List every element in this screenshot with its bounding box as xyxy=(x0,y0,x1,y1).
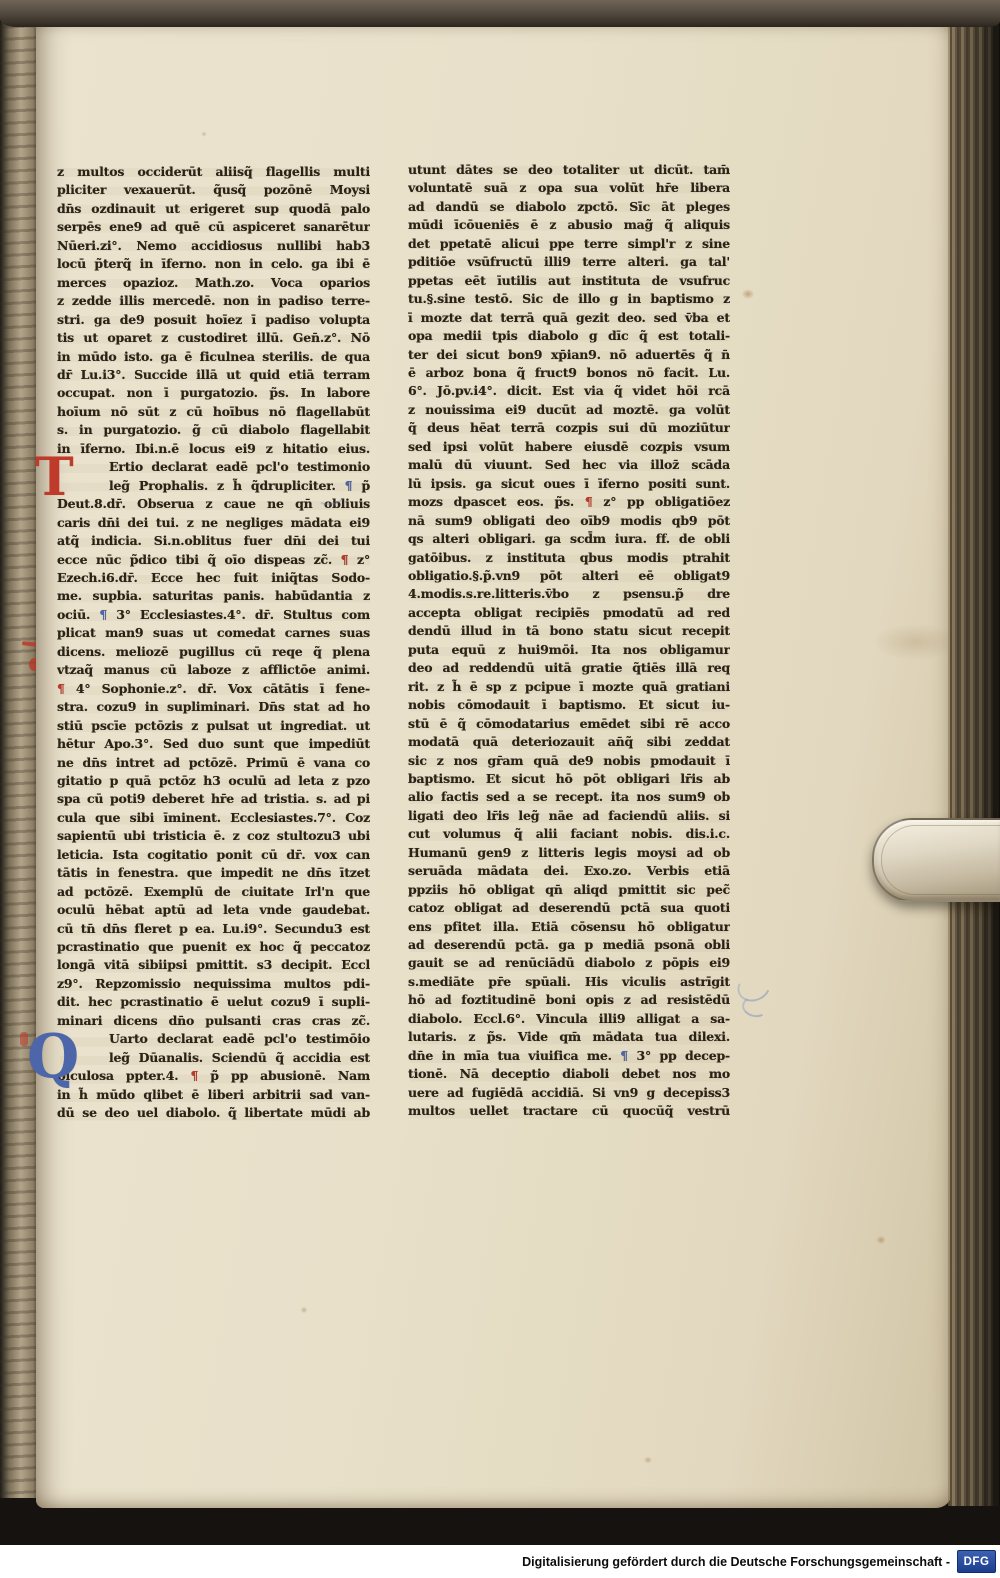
decorated-initial: T xyxy=(35,452,74,504)
text-line: plicat man9 suas ut comedat carnes suas xyxy=(57,624,370,642)
decorated-initial: Q xyxy=(27,1027,79,1087)
text-line: diabolo. Eccl.6°. Vincula illi9 alligat … xyxy=(408,1010,730,1028)
text-line: sapientū ubi tristicia ē. z coz stultozu… xyxy=(57,827,370,845)
text-line: nobis cōmodauit ī baptismo. Et sicut iu- xyxy=(408,696,730,714)
text-line: det ppetatē alicui ppe terre simpl'r z s… xyxy=(408,235,730,253)
text-line: sic z nos gr̄am quā de9 nobis pmodauit ī xyxy=(408,752,730,770)
text-line: ppetas eēt īutilis aut instituta de vsuf… xyxy=(408,272,730,290)
book-fore-edge xyxy=(948,24,1000,1506)
text-line: occupat. non ī purgatozio. p̃s. In labor… xyxy=(57,384,370,402)
text-line: gatōibus. z instituta qbus modis ptrahit xyxy=(408,549,730,567)
text-line: Humanū gen9 z litteris legis moysi ad ob xyxy=(408,844,730,862)
pilcrow-mark: ¶ xyxy=(345,478,353,493)
text-line: multos uellet tractare cū quocūq̃ vestrū xyxy=(408,1102,730,1120)
text-line: s. in purgatozio. g̃ cū diabolo flagella… xyxy=(57,421,370,439)
text-line: dr̄ Lu.i3°. Succide illā ut quid etiā te… xyxy=(57,366,370,384)
text-line: ne dn̄s intret ad pctōzē. Primū ē vana c… xyxy=(57,754,370,772)
text-line: Ezech.i6.dr̄. Ecce hec fuit iniq̃tas Sod… xyxy=(57,569,370,587)
text-line: serpēs ene9 ad quē cū aspiceret sanarētu… xyxy=(57,218,370,236)
text-line: rit. z h̃ ē sp z pcipue ī mozte quā grat… xyxy=(408,678,730,696)
text-line: longā vitā sibiipsi pmittit. s3 decipit.… xyxy=(57,956,370,974)
text-line: pcrastinatio que puenit ex hoc q̃ peccat… xyxy=(57,938,370,956)
text-line: ad dandū se diabolo zpctō. Sīc āt pleges xyxy=(408,198,730,216)
text-line: dū se deo uel diabolo. q̃ libertate mūdi… xyxy=(57,1104,370,1122)
text-line: pliciter vexauerūt. q̃usq̃ pozōnē Moysi xyxy=(57,181,370,199)
text-line: uere ad fugiēdā accidiā. Si vn9 g decepi… xyxy=(408,1084,730,1102)
text-line: stiū pscīe pctōzis z pulsat ut ingrediat… xyxy=(57,717,370,735)
pilcrow-mark: ¶ xyxy=(57,681,65,696)
text-line: z zedde illis mercedē. non in padiso ter… xyxy=(57,292,370,310)
text-line: opa medii tpis diabolo g dīc q̃ est tota… xyxy=(408,327,730,345)
text-line: leticia. Ista cogitatio ponit cū dr̄. vo… xyxy=(57,846,370,864)
text-line: ligati deo lr̄is leg̃ nāe ad faciendū al… xyxy=(408,807,730,825)
text-line: lutaris. z p̃s. Vide qm̄ mādata tua dile… xyxy=(408,1028,730,1046)
text-line: ē arboz bona q̃ fruct9 bonos nō facit. L… xyxy=(408,364,730,382)
text-line: ociū. ¶ 3° Ecclesiastes.4°. dr̄. Stultus… xyxy=(57,606,370,624)
text-line: ¶ 4° Sophonie.z°. dr̄. Vox cātātis ī fen… xyxy=(57,680,370,698)
text-line: dit. hec pcrastinatio ē uelut cozu9 ī su… xyxy=(57,993,370,1011)
text-line: cut volumus q̃ alii faciant nobis. dis.i… xyxy=(408,825,730,843)
text-line: s.mediāte pr̄e spūali. His viculis astrī… xyxy=(408,973,730,991)
pilcrow-mark: ¶ xyxy=(620,1048,628,1063)
text-line: gauit se ad renūciādū diabolo z pōpis ei… xyxy=(408,954,730,972)
text-line: ad pctōzē. Exemplū de ciuitate Irl'n que xyxy=(57,883,370,901)
text-line: hoīum nō sūt z cū hoībus nō flagellabūt xyxy=(57,403,370,421)
text-line: dicens. meliozē pugillus cū reqe q̃ plen… xyxy=(57,643,370,661)
pilcrow-mark: ¶ xyxy=(341,552,349,567)
dfg-logo: DFG xyxy=(957,1550,996,1573)
text-line: caris dn̄i dei tui. z ne negliges mādata… xyxy=(57,514,370,532)
text-line: cū tn̄ dn̄s fleret p ea. Lu.i9°. Secundu… xyxy=(57,920,370,938)
text-line: tātis in fenestra. que impedit ne dn̄s ī… xyxy=(57,864,370,882)
text-line: ad deserendū pctā. ga p mediā psonā obli xyxy=(408,936,730,954)
text-line: stri. ga de9 posuit hoīez ī padiso volup… xyxy=(57,311,370,329)
text-line: ter dei sicut bon9 xp̄ian9. nō aduertēs … xyxy=(408,346,730,364)
digitization-credit-text: Digitalisierung gefördert durch die Deut… xyxy=(522,1555,950,1569)
text-line: 4.modis.s.re.litteris.v̄bo z psensu.p̃ d… xyxy=(408,585,730,603)
text-line: tis ut oparet z custodiret illū. Gen̄.z°… xyxy=(57,329,370,347)
text-line: tionē. Nā deceptio diaboli debet nos mo xyxy=(408,1065,730,1083)
book-board-top-edge xyxy=(0,0,1000,27)
text-line: in īferno. Ibi.n.ē locus ei9 z hitatio e… xyxy=(57,440,370,458)
text-line: Ertio declarat eadē pcl'o testimonio xyxy=(57,458,370,476)
text-line: baptismo. Et sicut hō pōt obligari lr̄is… xyxy=(408,770,730,788)
text-line: voluntatē suā z opa sua volūt hr̄e liber… xyxy=(408,179,730,197)
text-line: ppziis hō obligat qn̄ aliqd pmittit sic … xyxy=(408,881,730,899)
text-line: spa cū poti9 deberet hr̄e ad tristia. s.… xyxy=(57,790,370,808)
text-line: locū p̃terq̃ in īferno. non in celo. ga … xyxy=(57,255,370,273)
text-line: accepta obligat recipiēs pmodatū ad red xyxy=(408,604,730,622)
scanned-book-page-viewer: z multos occiderūt aliisq̃ flagellis mul… xyxy=(0,0,1000,1578)
text-line: piculosa ppter.4. ¶ p̃ pp abusionē. Nam xyxy=(57,1067,370,1085)
text-line: catoz obligat ad deserendū pctā sua quot… xyxy=(408,899,730,917)
text-line: z9°. Repzomissio nequissima multos pdi- xyxy=(57,975,370,993)
text-line: malū dū viuunt. Sed hec via illoz̄ scāda xyxy=(408,456,730,474)
text-line: hō ad foztitudinē boni opis z ad resistē… xyxy=(408,991,730,1009)
text-line: puta equū z hui9mōi. Ita nos obligamur xyxy=(408,641,730,659)
text-line: z multos occiderūt aliisq̃ flagellis mul… xyxy=(57,163,370,181)
text-line: lū ipsis. ga sicut oues ī īferno positi … xyxy=(408,475,730,493)
text-line: stū ē q̃ cōmodatarius emēdet sibi rē acc… xyxy=(408,715,730,733)
text-line: dn̄s ozdinauit ut erigeret sup quodā pal… xyxy=(57,200,370,218)
text-line: 6°. Jō.pv.i4°. dicit. Est via q̃ videt h… xyxy=(408,382,730,400)
text-line: nā sum9 obligati deo oīb9 modis qb9 pōt xyxy=(408,512,730,530)
text-line: sed ipsi volūt habere eiusdē cozpis vsum xyxy=(408,438,730,456)
metal-clasp xyxy=(872,818,1000,902)
text-line: obligatio.§.p̃.vn9 pōt alteri eē obligat… xyxy=(408,567,730,585)
text-line: alio factis sed a se recept. ita nos sum… xyxy=(408,788,730,806)
text-line: me. supbia. saturitas panis. habūdantia … xyxy=(57,587,370,605)
text-line: Uarto declarat eadē pcl'o testimōio xyxy=(57,1030,370,1048)
text-line: pditiōe vsūfructū illi9 terre alteri. ga… xyxy=(408,253,730,271)
text-line: cula que sibi īminent. Ecclesiastes.7°. … xyxy=(57,809,370,827)
text-line: gitatio p quā pctōz h3 oculū ad leta z p… xyxy=(57,772,370,790)
text-line: hētur Apo.3°. Sed duo sunt que impediūt xyxy=(57,735,370,753)
text-line: ī mozte dat terrā quā gezit deo. sed v̄b… xyxy=(408,309,730,327)
text-line: merces opazioz. Math.zo. Voca oparios xyxy=(57,274,370,292)
text-line: ens pfitet illa. Etiā cōsensu hō obligat… xyxy=(408,918,730,936)
text-line: deo ad reddendū uitā gratie q̃tiēs illā … xyxy=(408,659,730,677)
text-line: qs alteri obligari. ga scd̄m iura. ff. d… xyxy=(408,530,730,548)
text-line: dendū illud in tā bono statu sicut recep… xyxy=(408,622,730,640)
text-line: in h̃ mūdo qlibet ē liberi arbitrii sad … xyxy=(57,1086,370,1104)
text-line: mozs dpascet eos. p̃s. ¶ z° pp obligatiō… xyxy=(408,493,730,511)
text-line: utunt dātes se deo totaliter ut dicūt. t… xyxy=(408,161,730,179)
text-line: modatā quā deteriozauit an̄q̃ sibi zedda… xyxy=(408,733,730,751)
text-line: z nouissima ei9 ducūt ad moztē. ga volūt xyxy=(408,401,730,419)
text-line: stra. cozu9 in supliminari. Dn̄s stat ad… xyxy=(57,698,370,716)
text-line: Nūeri.zi°. Nemo accidiosus nullibi hab3 xyxy=(57,237,370,255)
text-line: atq̃ indicia. Si.n.oblitus fuer dn̄i dei… xyxy=(57,532,370,550)
pilcrow-mark: ¶ xyxy=(190,1068,198,1083)
text-line: ecce nūc p̃dico tibi q̃ oīo dispeas zc̃.… xyxy=(57,551,370,569)
text-line: seruāda mādata dei. Exo.zo. Verbis etiā xyxy=(408,862,730,880)
text-line: mūdi īcōueniēs ē z abusio mag̃ q̃ aliqui… xyxy=(408,216,730,234)
text-column-right: utunt dātes se deo totaliter ut dicūt. t… xyxy=(408,161,730,1121)
text-line: q̃ deus hēat terrā cozpis sui dū moziūtu… xyxy=(408,419,730,437)
text-column-left: z multos occiderūt aliisq̃ flagellis mul… xyxy=(57,163,370,1123)
text-line: dn̄e in mīa tua viuifica me. ¶ 3° pp dec… xyxy=(408,1047,730,1065)
text-line: in mūdo isto. ga ē ficulnea sterilis. de… xyxy=(57,348,370,366)
text-line: tu.§.sine testō. Sic de illo g in baptis… xyxy=(408,290,730,308)
text-line: leg̃ Dūanalis. Sciendū q̃ accidia est xyxy=(57,1049,370,1067)
text-line: minari dicens dn̄o pulsanti cras cras zc… xyxy=(57,1012,370,1030)
text-line: oculū hēbat aptū ad leta vnde gaudebat. xyxy=(57,901,370,919)
pilcrow-mark: ¶ xyxy=(99,607,107,622)
text-line: vtzaq̃ manus cū laboze z afflictōe animi… xyxy=(57,661,370,679)
pilcrow-mark: ¶ xyxy=(585,494,593,509)
digitization-banner: Digitalisierung gefördert durch die Deut… xyxy=(0,1545,1000,1578)
